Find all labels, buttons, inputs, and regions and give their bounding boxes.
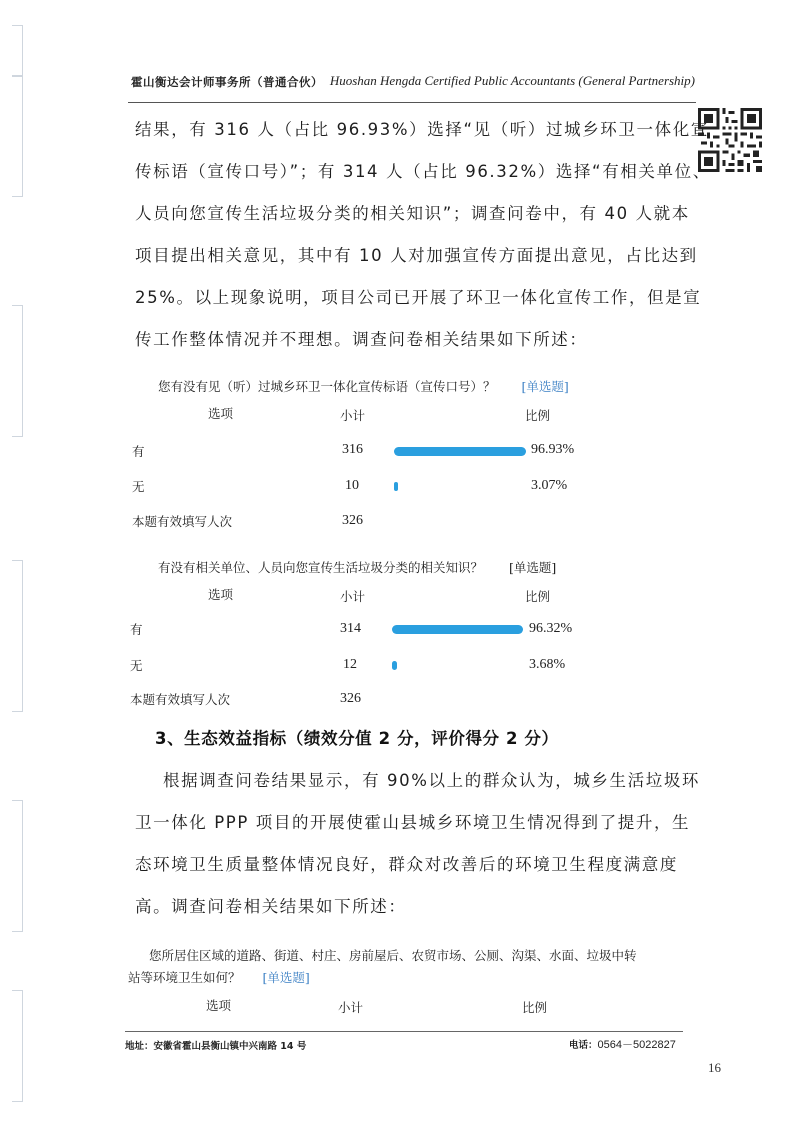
option-label: 无 [130,656,143,674]
paragraph-line: 卫一体化 PPP 项目的开展使霍山县城乡环境卫生情况得到了提升，生 [135,809,690,833]
total-count: 326 [342,513,363,529]
page-number: 16 [708,1060,721,1076]
column-header-count: 小计 [340,587,365,605]
option-percent: 96.32% [529,621,572,637]
total-label: 本题有效填写人次 [132,512,232,530]
binding-mark [12,25,23,77]
footer-phone: 电话：0564－5022827 [569,1036,676,1052]
single-choice-tag: [单选题] [522,379,569,394]
firm-name-en: Huoshan Hengda Certified Public Accounta… [330,73,695,89]
phone-label: 电话： [569,1040,598,1051]
ratio-bar [392,625,523,634]
paragraph-line: 项目提出相关意见，其中有 10 人对加强宣传方面提出意见，占比达到 [135,242,698,266]
option-count: 316 [342,442,363,458]
paragraph-line: 根据调查问卷结果显示，有 90%以上的群众认为，城乡生活垃圾环 [163,767,700,791]
paragraph-line: 传工作整体情况并不理想。调查问卷相关结果如下所述： [135,326,588,350]
paragraph-line: 人员向您宣传生活垃圾分类的相关知识”；调查问卷中，有 40 人就本 [135,200,690,224]
option-count: 10 [345,478,359,494]
option-percent: 96.93% [531,442,574,458]
column-header-count: 小计 [338,998,363,1016]
phone-number: 0564－5022827 [598,1039,676,1051]
binding-mark [12,75,23,197]
option-count: 314 [340,621,361,637]
option-percent: 3.07% [531,478,567,494]
footer-address: 地址：安徽省霍山县衡山镇中兴南路 14 号 [125,1038,306,1052]
paragraph-line: 结果，有 316 人（占比 96.93%）选择“见（听）过城乡环卫一体化宣 [135,116,709,140]
survey-question-3-cont: 站等环境卫生如何？ [单选题] [128,968,310,986]
binding-mark [12,560,23,712]
paragraph-line: 高。调查问卷相关结果如下所述： [135,893,407,917]
option-label: 有 [132,442,145,460]
section-heading: 3、生态效益指标（绩效分值 2 分，评价得分 2 分） [155,725,559,749]
ratio-bar [392,661,397,670]
header-divider [128,102,696,103]
column-header-option: 选项 [208,404,233,422]
question-text-line1: 您所居住区域的道路、街道、村庄、房前屋后、农贸市场、公厕、沟渠、水面、垃圾中转 [149,948,637,963]
footer-divider [125,1031,683,1032]
survey-question-2: 有没有相关单位、人员向您宣传生活垃圾分类的相关知识？ [单选题] [158,558,556,576]
column-header-option: 选项 [208,585,233,603]
paragraph-line: 态环境卫生质量整体情况良好，群众对改善后的环境卫生程度满意度 [135,851,678,875]
binding-mark [12,305,23,437]
firm-name-cn: 霍山衡达会计师事务所（普通合伙） [131,74,323,90]
column-header-ratio: 比例 [525,406,550,424]
column-header-option: 选项 [206,996,231,1014]
single-choice-tag: [单选题] [509,560,556,575]
survey-question-3: 您所居住区域的道路、街道、村庄、房前屋后、农贸市场、公厕、沟渠、水面、垃圾中转 [149,946,637,964]
ratio-bar [394,482,398,491]
column-header-count: 小计 [340,406,365,424]
body-paragraph-2: 根据调查问卷结果显示，有 90%以上的群众认为，城乡生活垃圾环 卫一体化 PPP… [135,767,690,927]
total-label: 本题有效填写人次 [130,690,230,708]
letterhead: 霍山衡达会计师事务所（普通合伙） Huoshan Hengda Certifie… [131,70,695,94]
option-percent: 3.68% [529,657,565,673]
question-text-line2: 站等环境卫生如何？ [128,970,241,985]
ratio-bar-track [394,447,530,456]
question-text: 您有没有见（听）过城乡环卫一体化宣传标语（宣传口号）？ [158,379,496,394]
paragraph-line: 25%。以上现象说明，项目公司已开展了环卫一体化宣传工作，但是宣 [135,284,701,308]
binding-mark [12,800,23,932]
ratio-bar-track [394,482,530,491]
column-header-ratio: 比例 [522,998,547,1016]
question-text: 有没有相关单位、人员向您宣传生活垃圾分类的相关知识？ [158,560,483,575]
option-count: 12 [343,657,357,673]
paragraph-line: 传标语（宣传口号）”；有 314 人（占比 96.32%）选择“有相关单位、 [135,158,711,182]
binding-mark [12,990,23,1102]
ratio-bar-track [392,661,528,670]
body-paragraph-1: 结果，有 316 人（占比 96.93%）选择“见（听）过城乡环卫一体化宣 传标… [135,116,690,356]
ratio-bar-track [392,625,528,634]
ratio-bar [394,447,526,456]
column-header-ratio: 比例 [525,587,550,605]
option-label: 无 [132,477,145,495]
total-count: 326 [340,691,361,707]
single-choice-tag: [单选题] [263,970,310,985]
survey-question-1: 您有没有见（听）过城乡环卫一体化宣传标语（宣传口号）？ [单选题] [158,377,569,395]
option-label: 有 [130,620,143,638]
